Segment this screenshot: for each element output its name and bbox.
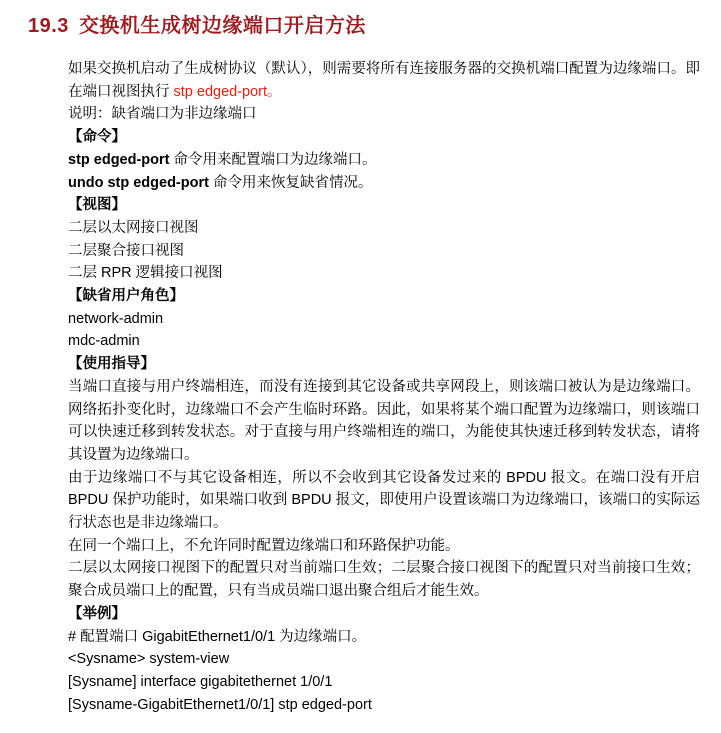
cli-line: [Sysname] interface gigabitethernet 1/0/… <box>68 671 700 694</box>
guide-paragraph: 由于边缘端口不与其它设备相连，所以不会收到其它设备发过来的 BPDU 报文。在端… <box>68 467 700 535</box>
section-title: 交换机生成树边缘端口开启方法 <box>79 15 366 37</box>
section-heading: 19.3交换机生成树边缘端口开启方法 <box>28 11 700 41</box>
intro-paragraph: 如果交换机启动了生成树协议（默认），则需要将所有连接服务器的交换机端口配置为边缘… <box>68 58 700 103</box>
intro-text-end: 。 <box>267 84 282 100</box>
command-section-header: 【命令】 <box>68 126 700 149</box>
view-item: 二层 RPR 逻辑接口视图 <box>68 262 700 285</box>
intro-text: 如果交换机启动了生成树协议（默认），则需要将所有连接服务器的交换机端口配置为边缘… <box>68 61 700 100</box>
command-description: stp edged-port 命令用来配置端口为边缘端口。 <box>68 149 700 172</box>
undo-command-description-text: 命令用来恢复缺省情况。 <box>209 175 373 191</box>
guide-section-header: 【使用指导】 <box>68 353 700 376</box>
guide-paragraph: 二层以太网接口视图下的配置只对当前端口生效；二层聚合接口视图下的配置只对当前接口… <box>68 557 700 602</box>
view-item: 二层以太网接口视图 <box>68 217 700 240</box>
role-section-header: 【缺省用户角色】 <box>68 285 700 308</box>
default-note: 说明：缺省端口为非边缘端口 <box>68 103 700 126</box>
view-section-header: 【视图】 <box>68 194 700 217</box>
undo-command-keyword: undo stp edged-port <box>68 175 209 191</box>
guide-paragraph: 在同一个端口上，不允许同时配置边缘端口和环路保护功能。 <box>68 535 700 558</box>
command-description-text: 命令用来配置端口为边缘端口。 <box>170 152 377 168</box>
example-description: # 配置端口 GigabitEthernet1/0/1 为边缘端口。 <box>68 626 700 649</box>
role-item: network-admin <box>68 308 700 331</box>
cli-line: [Sysname-GigabitEthernet1/0/1] stp edged… <box>68 694 700 717</box>
guide-paragraph: 当端口直接与用户终端相连，而没有连接到其它设备或共享网段上，则该端口被认为是边缘… <box>68 376 700 467</box>
document-page: 19.3交换机生成树边缘端口开启方法 如果交换机启动了生成树协议（默认），则需要… <box>0 0 721 733</box>
cli-line: <Sysname> system-view <box>68 648 700 671</box>
undo-command-description: undo stp edged-port 命令用来恢复缺省情况。 <box>68 172 700 195</box>
document-body: 如果交换机启动了生成树协议（默认），则需要将所有连接服务器的交换机端口配置为边缘… <box>68 58 700 716</box>
section-number: 19.3 <box>28 15 69 37</box>
inline-command-stp-edged-port: stp edged-port <box>174 84 268 100</box>
example-section-header: 【举例】 <box>68 603 700 626</box>
command-keyword: stp edged-port <box>68 152 170 168</box>
view-item: 二层聚合接口视图 <box>68 240 700 263</box>
role-item: mdc-admin <box>68 330 700 353</box>
